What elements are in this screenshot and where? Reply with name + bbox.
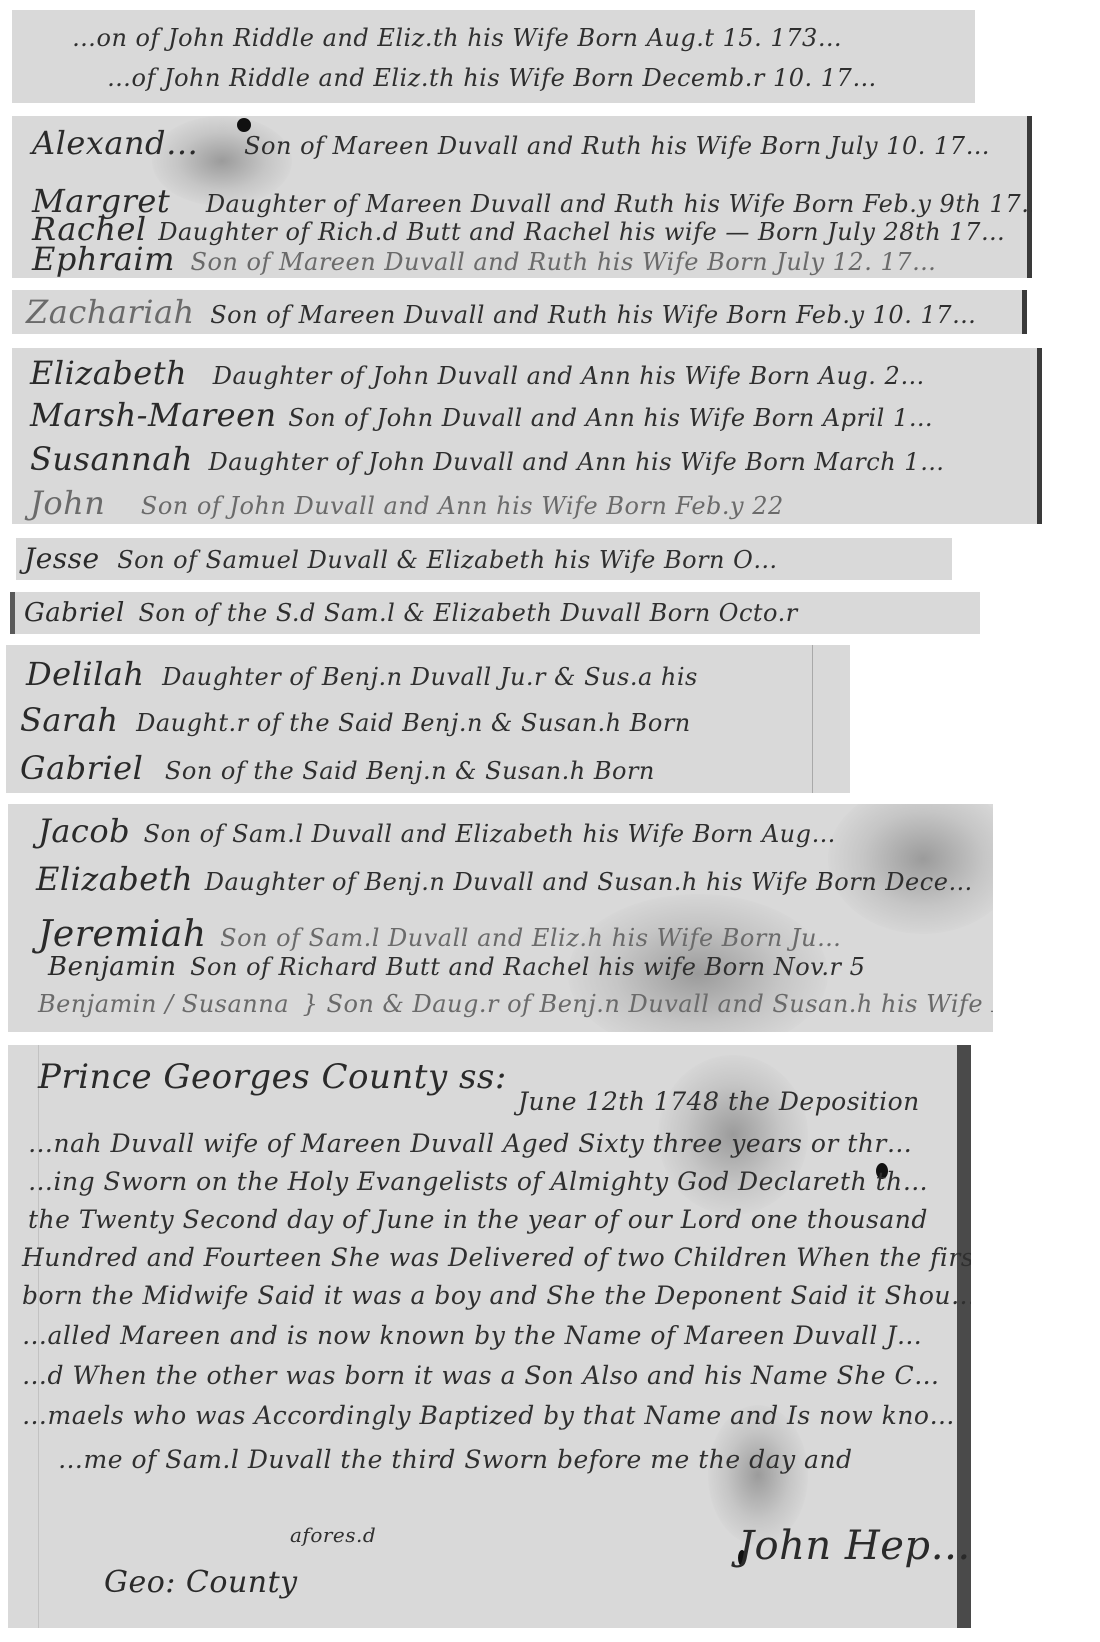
register-strip-zachariah: Zachariah Son of Mareen Duvall and Ruth … (12, 290, 1027, 334)
child-name: Susannah (30, 440, 193, 478)
child-name: Jacob (38, 812, 130, 850)
entry-text: } Son & Daug.r of Benj.n Duvall and Susa… (303, 990, 993, 1018)
register-entry: Benjamin Son of Richard Butt and Rachel … (48, 952, 865, 982)
register-entry: Delilah Daughter of Benj.n Duvall Ju.r &… (26, 655, 698, 693)
child-name: Gabriel (20, 749, 143, 787)
child-name: Zachariah (26, 293, 195, 331)
aforesaid-note: afores.d (290, 1523, 376, 1547)
entry-text: Son of Richard Butt and Rachel his wife … (190, 953, 865, 981)
entry-text: Son of Mareen Duvall and Ruth his Wife B… (210, 301, 976, 329)
entry-text: Son of John Duvall and Ann his Wife Born… (141, 492, 784, 520)
entry-text: Son of Sam.l Duvall and Elizabeth his Wi… (144, 820, 836, 848)
entry-text: Son of Sam.l Duvall and Eliz.h his Wife … (220, 924, 841, 952)
register-entry: Elizabeth Daughter of Benj.n Duvall and … (36, 860, 973, 898)
entry-text: Son of Mareen Duvall and Ruth his Wife B… (191, 248, 937, 276)
child-name: Elizabeth (36, 860, 193, 898)
register-entry: Gabriel Son of the S.d Sam.l & Elizabeth… (24, 598, 798, 628)
entry-text: Son of the S.d Sam.l & Elizabeth Duvall … (138, 599, 797, 627)
deposition-line: …ing Sworn on the Holy Evangelists of Al… (28, 1167, 928, 1196)
register-strip-mareen-duvall: Alexand… Son of Mareen Duvall and Ruth h… (12, 116, 1032, 278)
register-entry: Zachariah Son of Mareen Duvall and Ruth … (26, 293, 977, 331)
register-entry: Susannah Daughter of John Duvall and Ann… (30, 440, 945, 478)
child-name: Delilah (26, 655, 144, 693)
deposition-line: born the Midwife Said it was a boy and S… (22, 1281, 971, 1310)
deposition-line: …me of Sam.l Duvall the third Sworn befo… (58, 1445, 853, 1474)
child-name: Sarah (20, 701, 118, 739)
entry-text: Daughter of John Duvall and Ann his Wife… (209, 448, 945, 476)
entry-text: Son of the Said Benj.n & Susan.h Born (165, 757, 655, 785)
register-entry: Jacob Son of Sam.l Duvall and Elizabeth … (38, 812, 836, 850)
deposition-line: the Twenty Second day of June in the yea… (28, 1205, 928, 1234)
entry-text: Son of Samuel Duvall & Elizabeth his Wif… (117, 546, 778, 574)
register-strip-benjamin-jr: Delilah Daughter of Benj.n Duvall Ju.r &… (6, 645, 850, 793)
register-entry: Elizabeth Daughter of John Duvall and An… (30, 354, 925, 392)
deposition-line: …maels who was Accordingly Baptized by t… (22, 1401, 955, 1430)
margin-rule (812, 645, 813, 793)
child-name: Jesse (24, 542, 100, 575)
child-name: Jeremiah (38, 914, 207, 955)
register-entry: Gabriel Son of the Said Benj.n & Susan.h… (20, 749, 655, 787)
child-name: Marsh-Mareen (30, 396, 277, 434)
entry-text: Son of Mareen Duvall and Ruth his Wife B… (244, 132, 990, 160)
register-entry: John Son of John Duvall and Ann his Wife… (30, 484, 784, 522)
child-name: Benjamin / Susanna (38, 990, 289, 1018)
register-entry: Marsh-Mareen Son of John Duvall and Ann … (30, 396, 933, 434)
child-name: Benjamin (48, 952, 177, 982)
entry-text: Daughter of Benj.n Duvall and Susan.h hi… (205, 868, 973, 896)
deposition-line: Hundred and Fourteen She was Delivered o… (22, 1243, 971, 1272)
deposition-line: June 12th 1748 the Deposition (518, 1087, 920, 1116)
register-strip-jesse: Jesse Son of Samuel Duvall & Elizabeth h… (16, 538, 952, 580)
entry-text: Daught.r of the Said Benj.n & Susan.h Bo… (136, 709, 691, 737)
register-entry: Jesse Son of Samuel Duvall & Elizabeth h… (24, 542, 778, 575)
child-name: Ephraim (32, 240, 175, 278)
deposition-strip: Prince Georges County ss: June 12th 1748… (8, 1045, 971, 1628)
register-line: …on of John Riddle and Eliz.th his Wife … (72, 24, 842, 52)
register-entry: Alexand… Son of Mareen Duvall and Ruth h… (32, 124, 990, 162)
entry-text: Daughter of Benj.n Duvall Ju.r & Sus.a h… (162, 663, 698, 691)
page-edge (1037, 348, 1042, 524)
justice-signature: John Hep… (738, 1523, 971, 1569)
register-entry: Ephraim Son of Mareen Duvall and Ruth hi… (32, 240, 936, 278)
register-entry: Benjamin / Susanna } Son & Daug.r of Ben… (38, 990, 993, 1018)
page-edge (10, 592, 15, 634)
child-name: Elizabeth (30, 354, 187, 392)
county-footer: Geo: County (104, 1565, 298, 1600)
entry-text: Son of John Duvall and Ann his Wife Born… (288, 404, 933, 432)
register-strip-gabriel-samuel: Gabriel Son of the S.d Sam.l & Elizabeth… (10, 592, 980, 634)
register-entry: Sarah Daught.r of the Said Benj.n & Susa… (20, 701, 691, 739)
entry-text: Daughter of John Duvall and Ann his Wife… (213, 362, 925, 390)
register-strip-riddle: …on of John Riddle and Eliz.th his Wife … (12, 10, 975, 103)
register-line: …of John Riddle and Eliz.th his Wife Bor… (107, 64, 877, 92)
deposition-line: …d When the other was born it was a Son … (22, 1361, 940, 1390)
child-name: Alexand… (32, 124, 199, 162)
register-entry: Jeremiah Son of Sam.l Duvall and Eliz.h … (38, 914, 842, 955)
deposition-line: …nah Duvall wife of Mareen Duvall Aged S… (28, 1129, 912, 1158)
deposition-line: …alled Mareen and is now known by the Na… (22, 1321, 922, 1350)
deposition-heading: Prince Georges County ss: (38, 1057, 507, 1097)
child-name: John (30, 484, 105, 522)
register-strip-jacob-group: Jacob Son of Sam.l Duvall and Elizabeth … (8, 804, 993, 1032)
page-edge (1022, 290, 1027, 334)
register-strip-john-duvall: Elizabeth Daughter of John Duvall and An… (12, 348, 1042, 524)
child-name: Gabriel (24, 598, 125, 628)
